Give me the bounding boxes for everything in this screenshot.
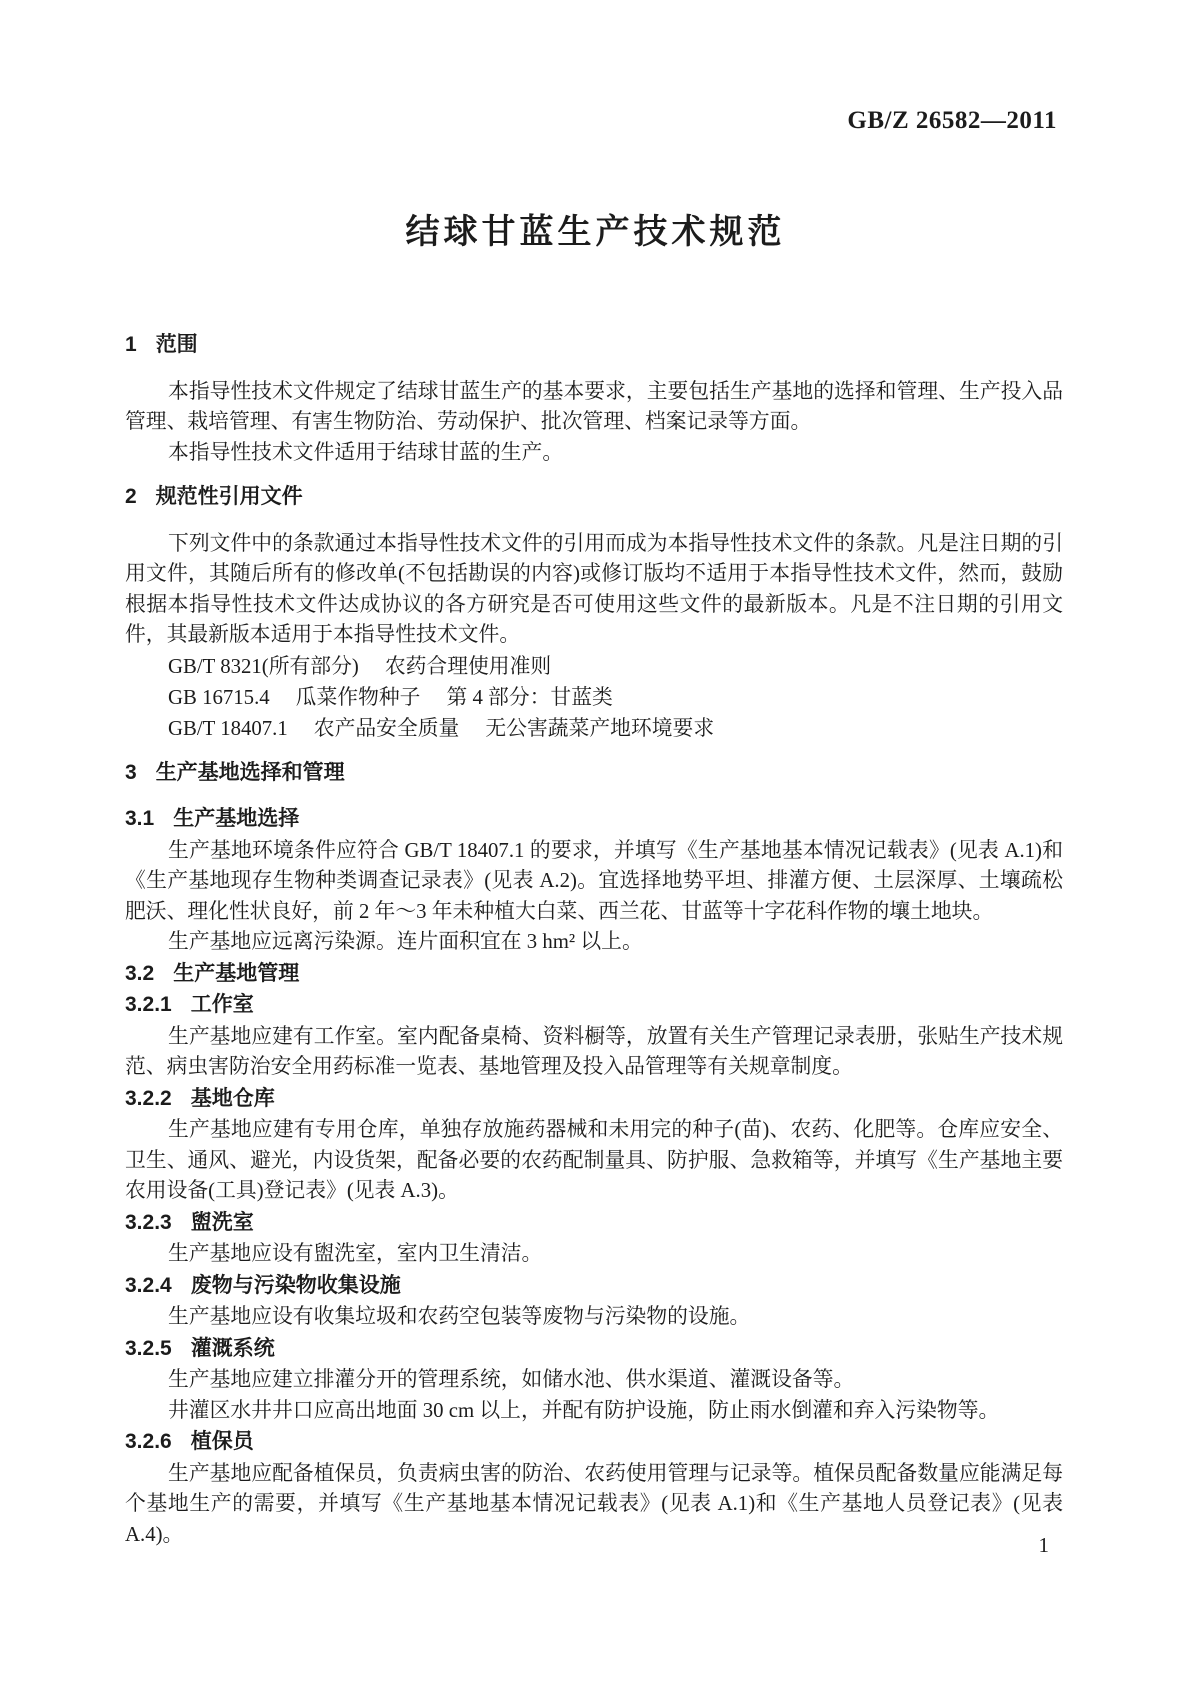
heading-number: 3.2.2	[125, 1084, 172, 1115]
heading-title: 废物与污染物收集设施	[191, 1274, 401, 1297]
subsection-heading: 3.1生产基地选择	[125, 804, 1063, 835]
reference-item: GB/T 18407.1 农产品安全质量 无公害蔬菜产地环境要求	[125, 713, 1063, 744]
heading-number: 1	[125, 330, 137, 361]
heading-title: 基地仓库	[191, 1087, 275, 1110]
heading-number: 3.2.5	[125, 1334, 172, 1365]
heading-title: 规范性引用文件	[156, 485, 303, 508]
heading-title: 灌溉系统	[191, 1337, 275, 1360]
paragraph: 生产基地应建有专用仓库，单独存放施药器械和未用完的种子(苗)、农药、化肥等。仓库…	[125, 1115, 1063, 1207]
paragraph: 本指导性技术文件规定了结球甘蓝生产的基本要求，主要包括生产基地的选择和管理、生产…	[125, 377, 1063, 438]
chapter-heading: 3生产基地选择和管理	[125, 758, 1063, 789]
heading-title: 工作室	[191, 993, 254, 1016]
paragraph: 生产基地应设有盥洗室，室内卫生清洁。	[125, 1239, 1063, 1270]
chapter-heading: 1范围	[125, 330, 1063, 361]
paragraph: 下列文件中的条款通过本指导性技术文件的引用而成为本指导性技术文件的条款。凡是注日…	[125, 529, 1063, 651]
heading-number: 3.2.3	[125, 1208, 172, 1239]
heading-title: 范围	[156, 333, 198, 356]
chapter-heading: 2规范性引用文件	[125, 482, 1063, 513]
document-page: GB/Z 26582—2011 结球甘蓝生产技术规范 1范围本指导性技术文件规定…	[0, 0, 1191, 1684]
subsection-heading: 3.2.6植保员	[125, 1427, 1063, 1458]
heading-number: 2	[125, 482, 137, 513]
subsection-heading: 3.2.3盥洗室	[125, 1208, 1063, 1239]
heading-title: 盥洗室	[191, 1211, 254, 1234]
paragraph: 井灌区水井井口应高出地面 30 cm 以上，并配有防护设施，防止雨水倒灌和弃入污…	[125, 1396, 1063, 1427]
heading-number: 3.1	[125, 804, 154, 835]
document-body: 1范围本指导性技术文件规定了结球甘蓝生产的基本要求，主要包括生产基地的选择和管理…	[125, 330, 1063, 1550]
subsection-heading: 3.2.4废物与污染物收集设施	[125, 1271, 1063, 1302]
heading-title: 生产基地管理	[173, 962, 299, 985]
paragraph: 生产基地应建有工作室。室内配备桌椅、资料橱等，放置有关生产管理记录表册，张贴生产…	[125, 1022, 1063, 1083]
reference-item: GB 16715.4 瓜菜作物种子 第 4 部分：甘蓝类	[125, 682, 1063, 713]
heading-title: 生产基地选择	[173, 807, 299, 830]
paragraph: 生产基地应建立排灌分开的管理系统，如储水池、供水渠道、灌溉设备等。	[125, 1365, 1063, 1396]
paragraph: 本指导性技术文件适用于结球甘蓝的生产。	[125, 438, 1063, 469]
page-title: 结球甘蓝生产技术规范	[0, 204, 1191, 253]
reference-item: GB/T 8321(所有部分) 农药合理使用准则	[125, 651, 1063, 682]
paragraph: 生产基地环境条件应符合 GB/T 18407.1 的要求，并填写《生产基地基本情…	[125, 836, 1063, 928]
heading-number: 3.2	[125, 959, 154, 990]
subsection-heading: 3.2.2基地仓库	[125, 1084, 1063, 1115]
subsection-heading: 3.2.5灌溉系统	[125, 1334, 1063, 1365]
heading-title: 生产基地选择和管理	[156, 761, 345, 784]
heading-number: 3.2.1	[125, 990, 172, 1021]
subsection-heading: 3.2生产基地管理	[125, 959, 1063, 990]
subsection-heading: 3.2.1工作室	[125, 990, 1063, 1021]
paragraph: 生产基地应设有收集垃圾和农药空包装等废物与污染物的设施。	[125, 1302, 1063, 1333]
heading-number: 3	[125, 758, 137, 789]
heading-number: 3.2.4	[125, 1271, 172, 1302]
paragraph: 生产基地应远离污染源。连片面积宜在 3 hm² 以上。	[125, 927, 1063, 958]
paragraph: 生产基地应配备植保员，负责病虫害的防治、农药使用管理与记录等。植保员配备数量应能…	[125, 1459, 1063, 1551]
standard-code: GB/Z 26582—2011	[847, 107, 1057, 135]
page-number: 1	[1039, 1530, 1050, 1560]
heading-title: 植保员	[191, 1430, 254, 1453]
heading-number: 3.2.6	[125, 1427, 172, 1458]
